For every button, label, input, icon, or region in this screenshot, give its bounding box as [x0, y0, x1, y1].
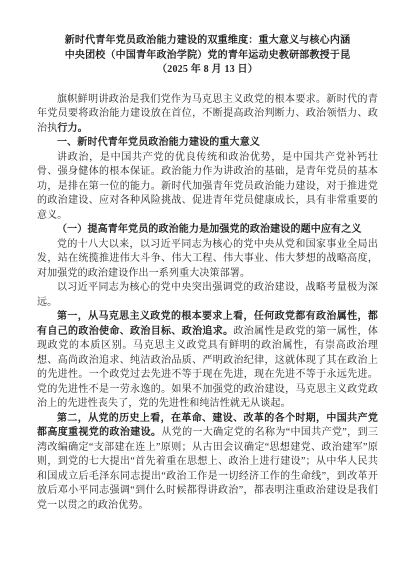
document-title: 新时代青年党员政治能力建设的双重维度：重大意义与核心内涵	[37, 34, 378, 49]
document-page: 新时代青年党员政治能力建设的双重维度：重大意义与核心内涵 中央团校（中国青年政治…	[0, 0, 409, 580]
text-run: 旗帜鲜明讲政治是我们党作为马克思主义政党的根本要求。新时代的青年党员要将政治能力…	[37, 94, 378, 134]
text-run-bold: 行力。	[57, 123, 87, 134]
text-run: 从党的一大确定党的名称为“中国共产党”，到三湾改编确定“支部建在连上”原则；从古…	[37, 427, 378, 511]
point-2-paragraph: 第二，从党的历史上看，在革命、建设、改革的各个时期，中国共产党都高度重视党的政治…	[37, 412, 378, 514]
text-run: 以习近平同志为核心的党中央突出强调党的政治建设，战略考量极为深远。	[37, 282, 378, 308]
text-run: 讲政治，是中国共产党的优良传统和政治优势，是中国共产党补钙壮骨、强身健体的根本保…	[37, 152, 378, 221]
section-1-lead-paragraph: 讲政治，是中国共产党的优良传统和政治优势，是中国共产党补钙壮骨、强身健体的根本保…	[37, 151, 378, 224]
point-1-paragraph: 第一，从马克思主义政党的根本要求上看，任何政党都有政治属性，都有自己的政治使命、…	[37, 310, 378, 412]
document-author-line: 中央团校（中国青年政治学院）党的青年运动史教研部教授于昆	[37, 49, 378, 64]
subsection-heading-1-1: （一）提高青年党员的政治能力是加强党的政治建设的题中应有之义	[37, 223, 378, 238]
heading-text: 一、新时代青年党员政治能力建设的重大意义	[57, 137, 260, 148]
intro-paragraph: 旗帜鲜明讲政治是我们党作为马克思主义政党的根本要求。新时代的青年党员要将政治能力…	[37, 93, 378, 137]
heading-text: （一）提高青年党员的政治能力是加强党的政治建设的题中应有之义	[57, 224, 362, 235]
section-heading-1: 一、新时代青年党员政治能力建设的重大意义	[37, 136, 378, 151]
subsection-paragraph-1: 党的十八大以来，以习近平同志为核心的党中央从党和国家事业全局出发，站在统揽推进伟…	[37, 238, 378, 282]
subsection-paragraph-2: 以习近平同志为核心的党中央突出强调党的政治建设，战略考量极为深远。	[37, 281, 378, 310]
text-run: 党的十八大以来，以习近平同志为核心的党中央从党和国家事业全局出发，站在统揽推进伟…	[37, 239, 378, 279]
document-date-line: （2025 年 8 月 13 日）	[37, 63, 378, 78]
text-run: 政治属性是政党的第一属性，体现政党的本质区别。马克思主义政党具有鲜明的政治属性，…	[37, 326, 378, 410]
